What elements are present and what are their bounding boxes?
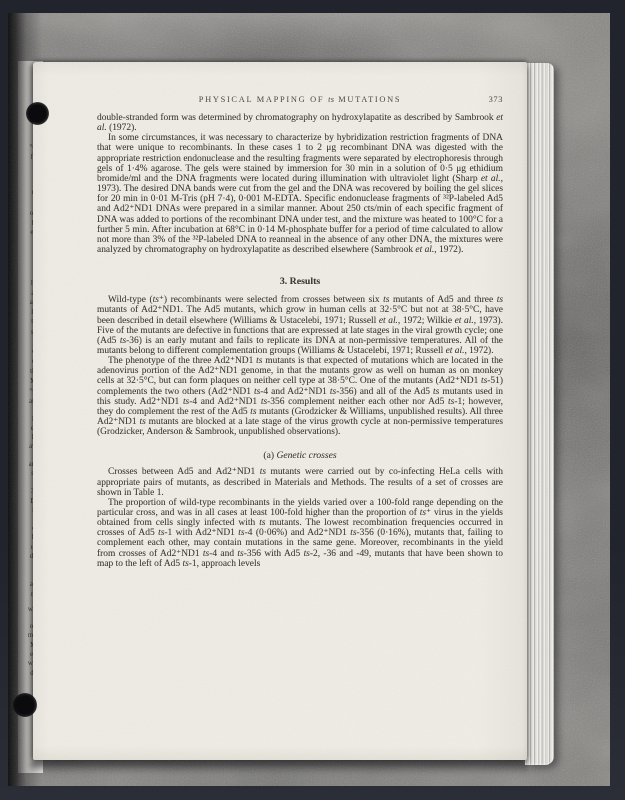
- page-number: 373: [489, 95, 503, 104]
- running-head: PHYSICAL MAPPING OF ts MUTATIONS 373: [97, 95, 503, 106]
- punch-hole-top: [26, 102, 49, 125]
- photo-backdrop: c-to°C,fornd&ombyes-ri,lasa).arpllyta)s …: [8, 13, 610, 786]
- paragraph-continuation: double-stranded form was determined by c…: [97, 113, 503, 133]
- running-head-title: PHYSICAL MAPPING OF ts MUTATIONS: [199, 95, 402, 104]
- page-stack-fore-edge: [525, 63, 554, 765]
- subsection-heading-genetic-crosses: (a) Genetic crosses: [97, 450, 503, 461]
- paragraph-crosses-2: The proportion of wild-type recombinants…: [97, 498, 503, 569]
- paragraph-results-1: Wild-type (ts⁺) recombinants were select…: [97, 295, 503, 356]
- paragraph-results-2: The phenotype of the three Ad2⁺ND1 ts mu…: [97, 356, 503, 437]
- page-content: PHYSICAL MAPPING OF ts MUTATIONS 373 dou…: [97, 95, 503, 569]
- body-text: double-stranded form was determined by c…: [97, 113, 503, 569]
- page-bottom-shadow: [30, 762, 528, 775]
- paragraph-methods: In some circumstances, it was necessary …: [97, 133, 503, 255]
- paragraph-crosses-1: Crosses between Ad5 and Ad2⁺ND1 ts mutan…: [97, 467, 503, 497]
- journal-page: PHYSICAL MAPPING OF ts MUTATIONS 373 dou…: [33, 62, 527, 760]
- punch-hole-bottom: [13, 693, 37, 717]
- section-heading-results: 3. Results: [97, 276, 503, 287]
